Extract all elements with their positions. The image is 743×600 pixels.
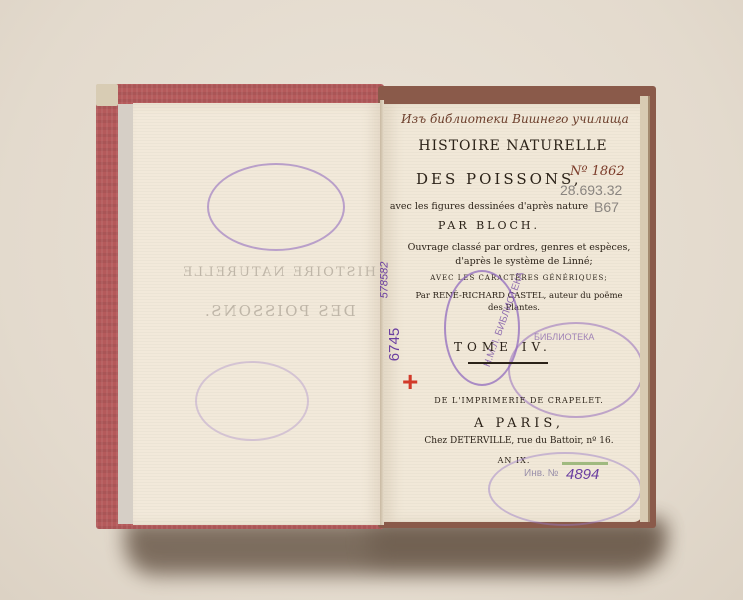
- title-line2: DES POISSONS,: [416, 170, 566, 188]
- green-underline: [562, 462, 608, 465]
- shelfmark-1: 28.693.32: [560, 182, 622, 198]
- handwritten-number: Nº 1862: [570, 164, 625, 179]
- rule-line: [468, 362, 548, 364]
- vertical-purple-number: 6745: [386, 328, 403, 361]
- title-line1: HISTOIRE NATURELLE: [384, 138, 642, 154]
- author: PAR BLOCH.: [384, 219, 594, 232]
- description-line2: d'après le système de Linné;: [424, 256, 624, 267]
- stamp-oval-bleed: [207, 163, 345, 251]
- subtitle: avec les figures dessinées d'après natur…: [384, 201, 594, 212]
- left-page: HISTOIRE NATURELLE DES POISSONS.: [133, 103, 381, 525]
- bottom-number: 4894: [566, 466, 599, 483]
- vertical-number: 578582: [378, 262, 390, 299]
- book-shadow-right: [370, 525, 660, 560]
- shelfmark-2: B67: [594, 199, 619, 215]
- volume: TOME IV.: [454, 340, 552, 354]
- handwritten-header: Изъ библиотеки Вишнего училища: [390, 112, 640, 126]
- printer: DE L'IMPRIMERIE DE CRAPELET.: [404, 396, 634, 405]
- cover-corner: [96, 84, 118, 106]
- page-edges: [640, 96, 650, 522]
- city: A PARIS,: [424, 416, 614, 431]
- ghost-title-line1: HISTOIRE NATURELLE: [181, 265, 376, 280]
- red-cross-mark: +: [402, 366, 418, 398]
- stamp-faint-ghost: [195, 361, 309, 441]
- publisher: Chez DETERVILLE, rue du Battoir, nº 16.: [394, 436, 644, 446]
- ghost-title-line2: DES POISSONS.: [203, 302, 356, 320]
- endpaper-strip: [118, 104, 134, 524]
- stamp-bottom-text: Инв. №: [524, 468, 558, 479]
- description-line1: Ouvrage classé par ordres, genres et esp…: [404, 242, 634, 253]
- right-page: Изъ библиотеки Вишнего училища HISTOIRE …: [384, 104, 642, 522]
